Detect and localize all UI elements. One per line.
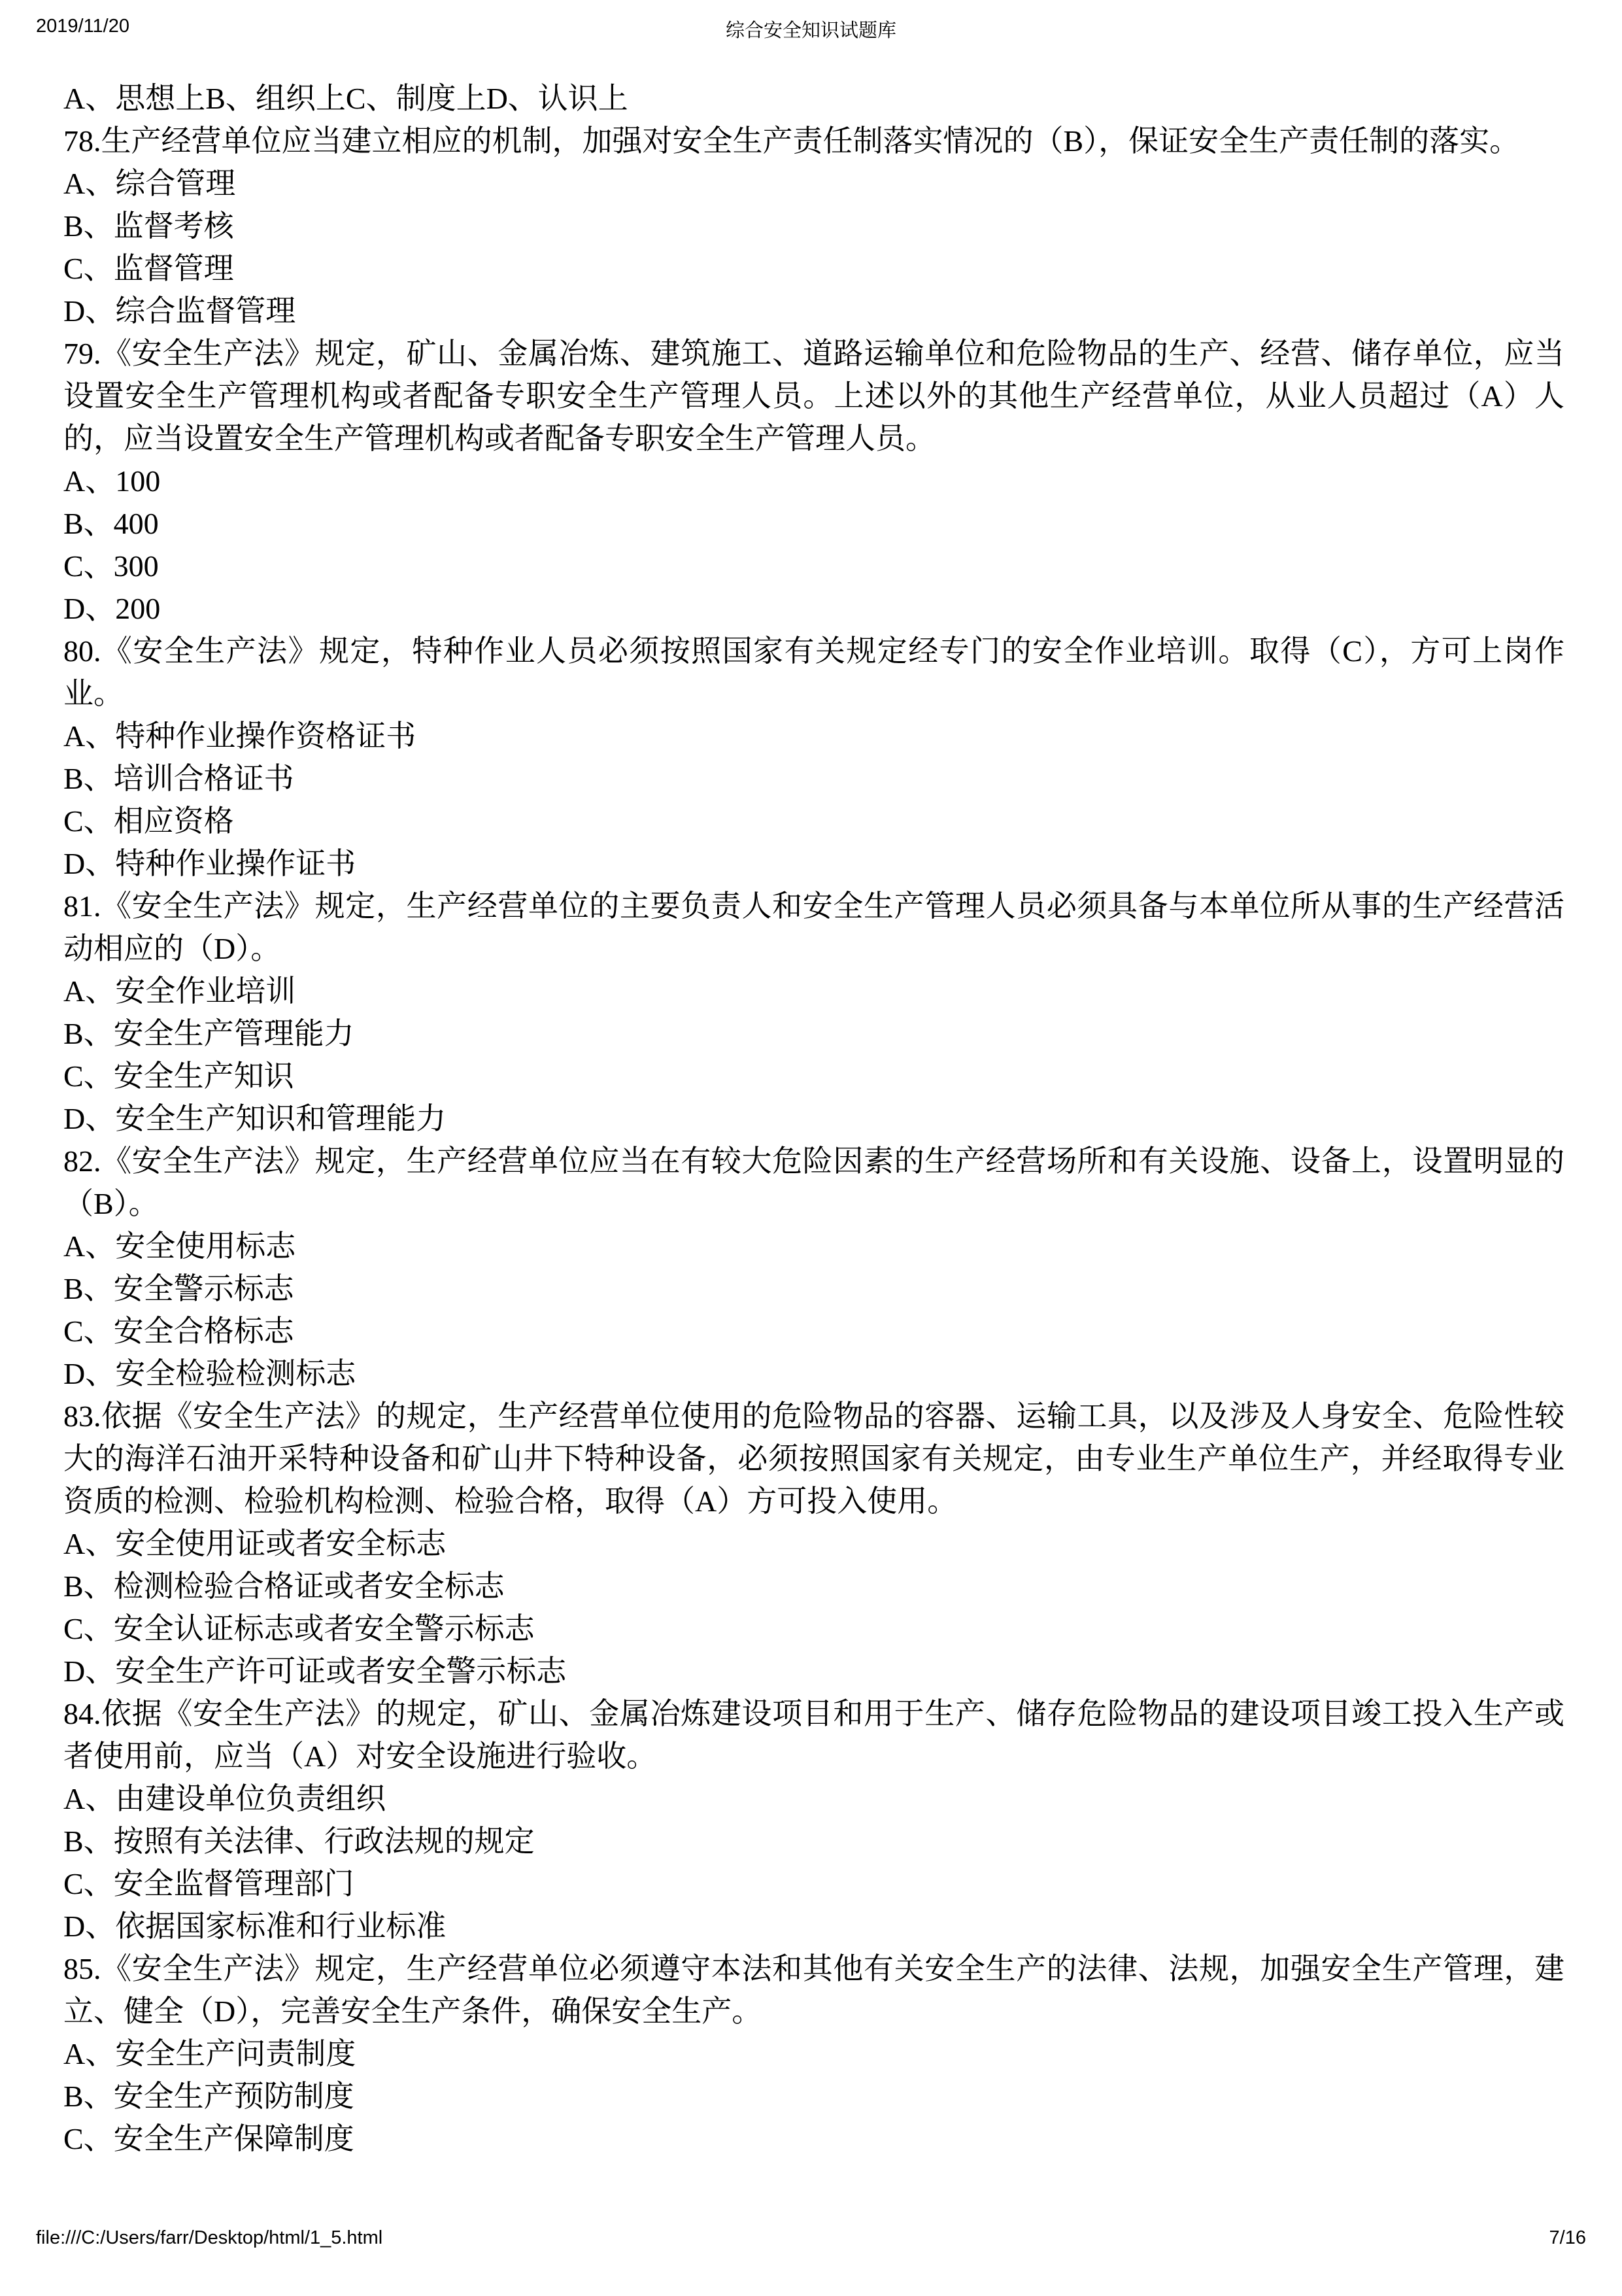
- question-78-option-b: B、监督考核: [63, 205, 1564, 247]
- question-82-option-c: C、安全合格标志: [63, 1310, 1564, 1352]
- question-82-option-d: D、安全检验检测标志: [63, 1352, 1564, 1395]
- question-80: 80.《安全生产法》规定，特种作业人员必须按照国家有关规定经专门的安全作业培训。…: [63, 630, 1564, 885]
- question-82-option-a: A、安全使用标志: [63, 1225, 1564, 1267]
- question-84-text: 84.依据《安全生产法》的规定，矿山、金属冶炼建设项目和用于生产、储存危险物品的…: [63, 1692, 1564, 1777]
- question-85-option-a: A、安全生产问责制度: [63, 2032, 1564, 2075]
- carryover-options-line: A、思想上B、组织上C、制度上D、认识上: [63, 77, 1564, 120]
- question-84-option-d: D、依据国家标准和行业标准: [63, 1905, 1564, 1947]
- question-80-option-b: B、培训合格证书: [63, 757, 1564, 800]
- question-85: 85.《安全生产法》规定，生产经营单位必须遵守本法和其他有关安全生产的法律、法规…: [63, 1947, 1564, 2160]
- footer-url: file:///C:/Users/farr/Desktop/html/1_5.h…: [36, 2227, 382, 2249]
- question-84-option-a: A、由建设单位负责组织: [63, 1777, 1564, 1820]
- question-80-text: 80.《安全生产法》规定，特种作业人员必须按照国家有关规定经专门的安全作业培训。…: [63, 630, 1564, 715]
- question-80-option-d: D、特种作业操作证书: [63, 842, 1564, 885]
- question-79-option-c: C、300: [63, 545, 1564, 587]
- question-78-text: 78.生产经营单位应当建立相应的机制，加强对安全生产责任制落实情况的（B），保证…: [63, 120, 1564, 162]
- question-78-option-a: A、综合管理: [63, 162, 1564, 205]
- question-83-option-b: B、检测检验合格证或者安全标志: [63, 1565, 1564, 1607]
- question-83-text: 83.依据《安全生产法》的规定，生产经营单位使用的危险物品的容器、运输工具，以及…: [63, 1395, 1564, 1522]
- question-81-text: 81.《安全生产法》规定，生产经营单位的主要负责人和安全生产管理人员必须具备与本…: [63, 885, 1564, 970]
- footer-page-number: 7/16: [1549, 2227, 1586, 2249]
- question-79-text: 79.《安全生产法》规定，矿山、金属冶炼、建筑施工、道路运输单位和危险物品的生产…: [63, 332, 1564, 460]
- question-85-option-c: C、安全生产保障制度: [63, 2117, 1564, 2160]
- question-80-option-c: C、相应资格: [63, 800, 1564, 842]
- question-81: 81.《安全生产法》规定，生产经营单位的主要负责人和安全生产管理人员必须具备与本…: [63, 885, 1564, 1140]
- print-footer: file:///C:/Users/farr/Desktop/html/1_5.h…: [36, 2227, 1586, 2249]
- question-83: 83.依据《安全生产法》的规定，生产经营单位使用的危险物品的容器、运输工具，以及…: [63, 1395, 1564, 1692]
- question-85-text: 85.《安全生产法》规定，生产经营单位必须遵守本法和其他有关安全生产的法律、法规…: [63, 1947, 1564, 2032]
- question-78-option-d: D、综合监督管理: [63, 290, 1564, 332]
- question-78: 78.生产经营单位应当建立相应的机制，加强对安全生产责任制落实情况的（B），保证…: [63, 120, 1564, 332]
- question-81-option-a: A、安全作业培训: [63, 970, 1564, 1012]
- question-78-option-c: C、监督管理: [63, 247, 1564, 290]
- question-82-option-b: B、安全警示标志: [63, 1267, 1564, 1310]
- question-81-option-d: D、安全生产知识和管理能力: [63, 1097, 1564, 1140]
- question-85-option-b: B、安全生产预防制度: [63, 2075, 1564, 2117]
- question-80-option-a: A、特种作业操作资格证书: [63, 715, 1564, 757]
- question-83-option-d: D、安全生产许可证或者安全警示标志: [63, 1650, 1564, 1692]
- question-83-option-c: C、安全认证标志或者安全警示标志: [63, 1607, 1564, 1650]
- header-date: 2019/11/20: [36, 16, 129, 37]
- question-83-option-a: A、安全使用证或者安全标志: [63, 1522, 1564, 1565]
- question-82: 82.《安全生产法》规定，生产经营单位应当在有较大危险因素的生产经营场所和有关设…: [63, 1140, 1564, 1395]
- question-82-text: 82.《安全生产法》规定，生产经营单位应当在有较大危险因素的生产经营场所和有关设…: [63, 1140, 1564, 1225]
- question-79-option-a: A、100: [63, 460, 1564, 502]
- question-list: A、思想上B、组织上C、制度上D、认识上 78.生产经营单位应当建立相应的机制，…: [63, 77, 1564, 2160]
- question-84-option-b: B、按照有关法律、行政法规的规定: [63, 1820, 1564, 1862]
- page-title: 综合安全知识试题库: [36, 16, 1586, 43]
- question-84-option-c: C、安全监督管理部门: [63, 1862, 1564, 1905]
- question-79: 79.《安全生产法》规定，矿山、金属冶炼、建筑施工、道路运输单位和危险物品的生产…: [63, 332, 1564, 630]
- print-header: 2019/11/20 综合安全知识试题库: [36, 16, 1586, 43]
- question-79-option-d: D、200: [63, 587, 1564, 630]
- question-84: 84.依据《安全生产法》的规定，矿山、金属冶炼建设项目和用于生产、储存危险物品的…: [63, 1692, 1564, 1947]
- question-81-option-c: C、安全生产知识: [63, 1055, 1564, 1097]
- question-79-option-b: B、400: [63, 502, 1564, 545]
- question-81-option-b: B、安全生产管理能力: [63, 1012, 1564, 1055]
